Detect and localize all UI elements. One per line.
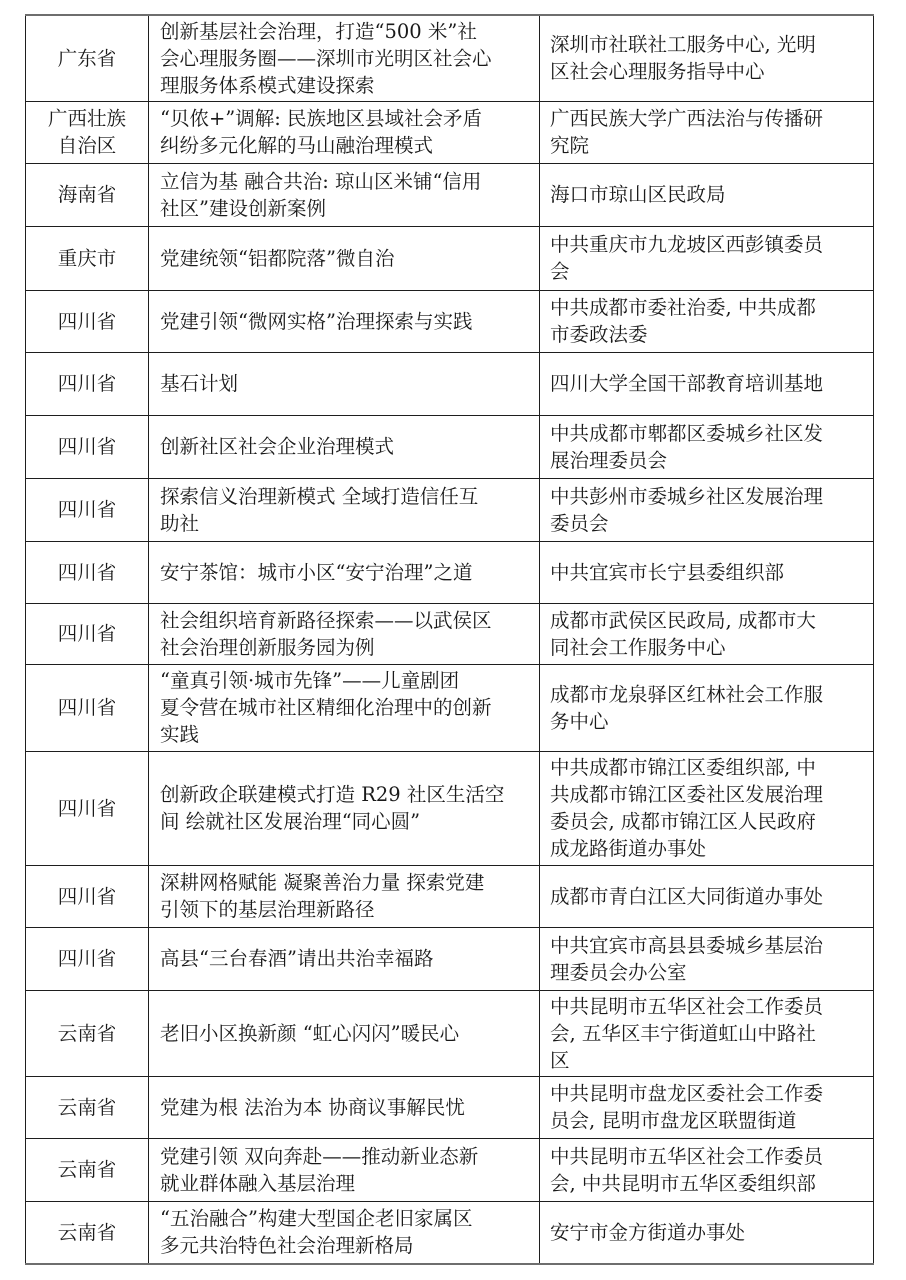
table-row: 云南省 老旧小区换新颜 “虹心闪闪”暖民心 中共昆明市五华区社会工作委员 会, … <box>26 990 874 1076</box>
project-name-cell: 基石计划 <box>149 352 540 415</box>
organization-cell: 广西民族大学广西法治与传播研 究院 <box>540 101 874 163</box>
organization-cell: 中共昆明市盘龙区委社会工作委 员会, 昆明市盘龙区联盟街道 <box>540 1076 874 1138</box>
project-name-cell: 高县“三台春酒”请出共治幸福路 <box>149 927 540 990</box>
organization-cell: 海口市琼山区民政局 <box>540 163 874 226</box>
organization-cell: 安宁市金方街道办事处 <box>540 1201 874 1264</box>
project-name-cell: “童真引领·城市先锋”——儿童剧团 夏令营在城市社区精细化治理中的创新 实践 <box>149 664 540 751</box>
table-row: 四川省 基石计划 四川大学全国干部教育培训基地 <box>26 352 874 415</box>
organization-cell: 深圳市社联社工服务中心, 光明 区社会心理服务指导中心 <box>540 15 874 101</box>
table-row: 海南省 立信为基 融合共治: 琼山区米铺“信用 社区”建设创新案例 海口市琼山区… <box>26 163 874 226</box>
table-row: 四川省 高县“三台春酒”请出共治幸福路 中共宜宾市高县县委城乡基层治 理委员会办… <box>26 927 874 990</box>
province-cell: 四川省 <box>26 415 149 478</box>
table-row: 重庆市 党建统领“铝都院落”微自治 中共重庆市九龙坡区西彭镇委员 会 <box>26 226 874 290</box>
project-name-cell: 党建引领“微网实格”治理探索与实践 <box>149 290 540 352</box>
province-cell: 四川省 <box>26 664 149 751</box>
project-name-cell: 党建引领 双向奔赴——推动新业态新 就业群体融入基层治理 <box>149 1138 540 1201</box>
organization-cell: 四川大学全国干部教育培训基地 <box>540 352 874 415</box>
table-row: 四川省 党建引领“微网实格”治理探索与实践 中共成都市委社治委, 中共成都 市委… <box>26 290 874 352</box>
project-name-cell: 探索信义治理新模式 全域打造信任互 助社 <box>149 478 540 541</box>
province-cell: 四川省 <box>26 541 149 603</box>
table-row: 云南省 党建引领 双向奔赴——推动新业态新 就业群体融入基层治理 中共昆明市五华… <box>26 1138 874 1201</box>
project-name-cell: 安宁茶馆：城市小区“安宁治理”之道 <box>149 541 540 603</box>
organization-cell: 中共宜宾市高县县委城乡基层治 理委员会办公室 <box>540 927 874 990</box>
table-row: 四川省 探索信义治理新模式 全域打造信任互 助社 中共彭州市委城乡社区发展治理 … <box>26 478 874 541</box>
project-name-cell: “贝侬+”调解: 民族地区县域社会矛盾 纠纷多元化解的马山融治理模式 <box>149 101 540 163</box>
organization-cell: 中共昆明市五华区社会工作委员 会, 五华区丰宁街道虹山中路社 区 <box>540 990 874 1076</box>
table-row: 四川省 社会组织培育新路径探索——以武侯区 社会治理创新服务园为例 成都市武侯区… <box>26 603 874 664</box>
table-row: 四川省 创新政企联建模式打造 R29 社区生活空 间 绘就社区发展治理“同心圆”… <box>26 751 874 865</box>
organization-cell: 成都市青白江区大同街道办事处 <box>540 865 874 927</box>
project-name-cell: 党建统领“铝都院落”微自治 <box>149 226 540 290</box>
province-cell: 广东省 <box>26 15 149 101</box>
case-table-container: 广东省 创新基层社会治理，打造“500 米”社 会心理服务圈——深圳市光明区社会… <box>25 14 873 1265</box>
table-row: 广东省 创新基层社会治理，打造“500 米”社 会心理服务圈——深圳市光明区社会… <box>26 15 874 101</box>
province-cell: 四川省 <box>26 352 149 415</box>
province-cell: 云南省 <box>26 990 149 1076</box>
table-row: 四川省 安宁茶馆：城市小区“安宁治理”之道 中共宜宾市长宁县委组织部 <box>26 541 874 603</box>
case-table-body: 广东省 创新基层社会治理，打造“500 米”社 会心理服务圈——深圳市光明区社会… <box>26 15 874 1264</box>
province-cell: 重庆市 <box>26 226 149 290</box>
project-name-cell: 党建为根 法治为本 协商议事解民忧 <box>149 1076 540 1138</box>
table-row: 广西壮族 自治区 “贝侬+”调解: 民族地区县域社会矛盾 纠纷多元化解的马山融治… <box>26 101 874 163</box>
project-name-cell: 创新社区社会企业治理模式 <box>149 415 540 478</box>
province-cell: 四川省 <box>26 478 149 541</box>
table-row: 四川省 深耕网格赋能 凝聚善治力量 探索党建 引领下的基层治理新路径 成都市青白… <box>26 865 874 927</box>
province-cell: 广西壮族 自治区 <box>26 101 149 163</box>
project-name-cell: 创新政企联建模式打造 R29 社区生活空 间 绘就社区发展治理“同心圆” <box>149 751 540 865</box>
organization-cell: 中共成都市郫都区委城乡社区发 展治理委员会 <box>540 415 874 478</box>
organization-cell: 中共成都市委社治委, 中共成都 市委政法委 <box>540 290 874 352</box>
table-row: 四川省 创新社区社会企业治理模式 中共成都市郫都区委城乡社区发 展治理委员会 <box>26 415 874 478</box>
organization-cell: 中共彭州市委城乡社区发展治理 委员会 <box>540 478 874 541</box>
project-name-cell: 立信为基 融合共治: 琼山区米铺“信用 社区”建设创新案例 <box>149 163 540 226</box>
organization-cell: 中共成都市锦江区委组织部, 中 共成都市锦江区委社区发展治理 委员会, 成都市锦… <box>540 751 874 865</box>
province-cell: 云南省 <box>26 1201 149 1264</box>
province-cell: 四川省 <box>26 751 149 865</box>
project-name-cell: 社会组织培育新路径探索——以武侯区 社会治理创新服务园为例 <box>149 603 540 664</box>
province-cell: 四川省 <box>26 290 149 352</box>
table-row: 四川省 “童真引领·城市先锋”——儿童剧团 夏令营在城市社区精细化治理中的创新 … <box>26 664 874 751</box>
project-name-cell: “五治融合”构建大型国企老旧家属区 多元共治特色社会治理新格局 <box>149 1201 540 1264</box>
project-name-cell: 老旧小区换新颜 “虹心闪闪”暖民心 <box>149 990 540 1076</box>
province-cell: 云南省 <box>26 1138 149 1201</box>
organization-cell: 中共重庆市九龙坡区西彭镇委员 会 <box>540 226 874 290</box>
province-cell: 四川省 <box>26 603 149 664</box>
organization-cell: 成都市武侯区民政局, 成都市大 同社会工作服务中心 <box>540 603 874 664</box>
province-cell: 云南省 <box>26 1076 149 1138</box>
table-row: 云南省 “五治融合”构建大型国企老旧家属区 多元共治特色社会治理新格局 安宁市金… <box>26 1201 874 1264</box>
organization-cell: 成都市龙泉驿区红林社会工作服 务中心 <box>540 664 874 751</box>
case-table: 广东省 创新基层社会治理，打造“500 米”社 会心理服务圈——深圳市光明区社会… <box>25 14 874 1265</box>
province-cell: 四川省 <box>26 865 149 927</box>
table-row: 云南省 党建为根 法治为本 协商议事解民忧 中共昆明市盘龙区委社会工作委 员会,… <box>26 1076 874 1138</box>
organization-cell: 中共昆明市五华区社会工作委员 会, 中共昆明市五华区委组织部 <box>540 1138 874 1201</box>
project-name-cell: 创新基层社会治理，打造“500 米”社 会心理服务圈——深圳市光明区社会心 理服… <box>149 15 540 101</box>
province-cell: 四川省 <box>26 927 149 990</box>
project-name-cell: 深耕网格赋能 凝聚善治力量 探索党建 引领下的基层治理新路径 <box>149 865 540 927</box>
province-cell: 海南省 <box>26 163 149 226</box>
organization-cell: 中共宜宾市长宁县委组织部 <box>540 541 874 603</box>
